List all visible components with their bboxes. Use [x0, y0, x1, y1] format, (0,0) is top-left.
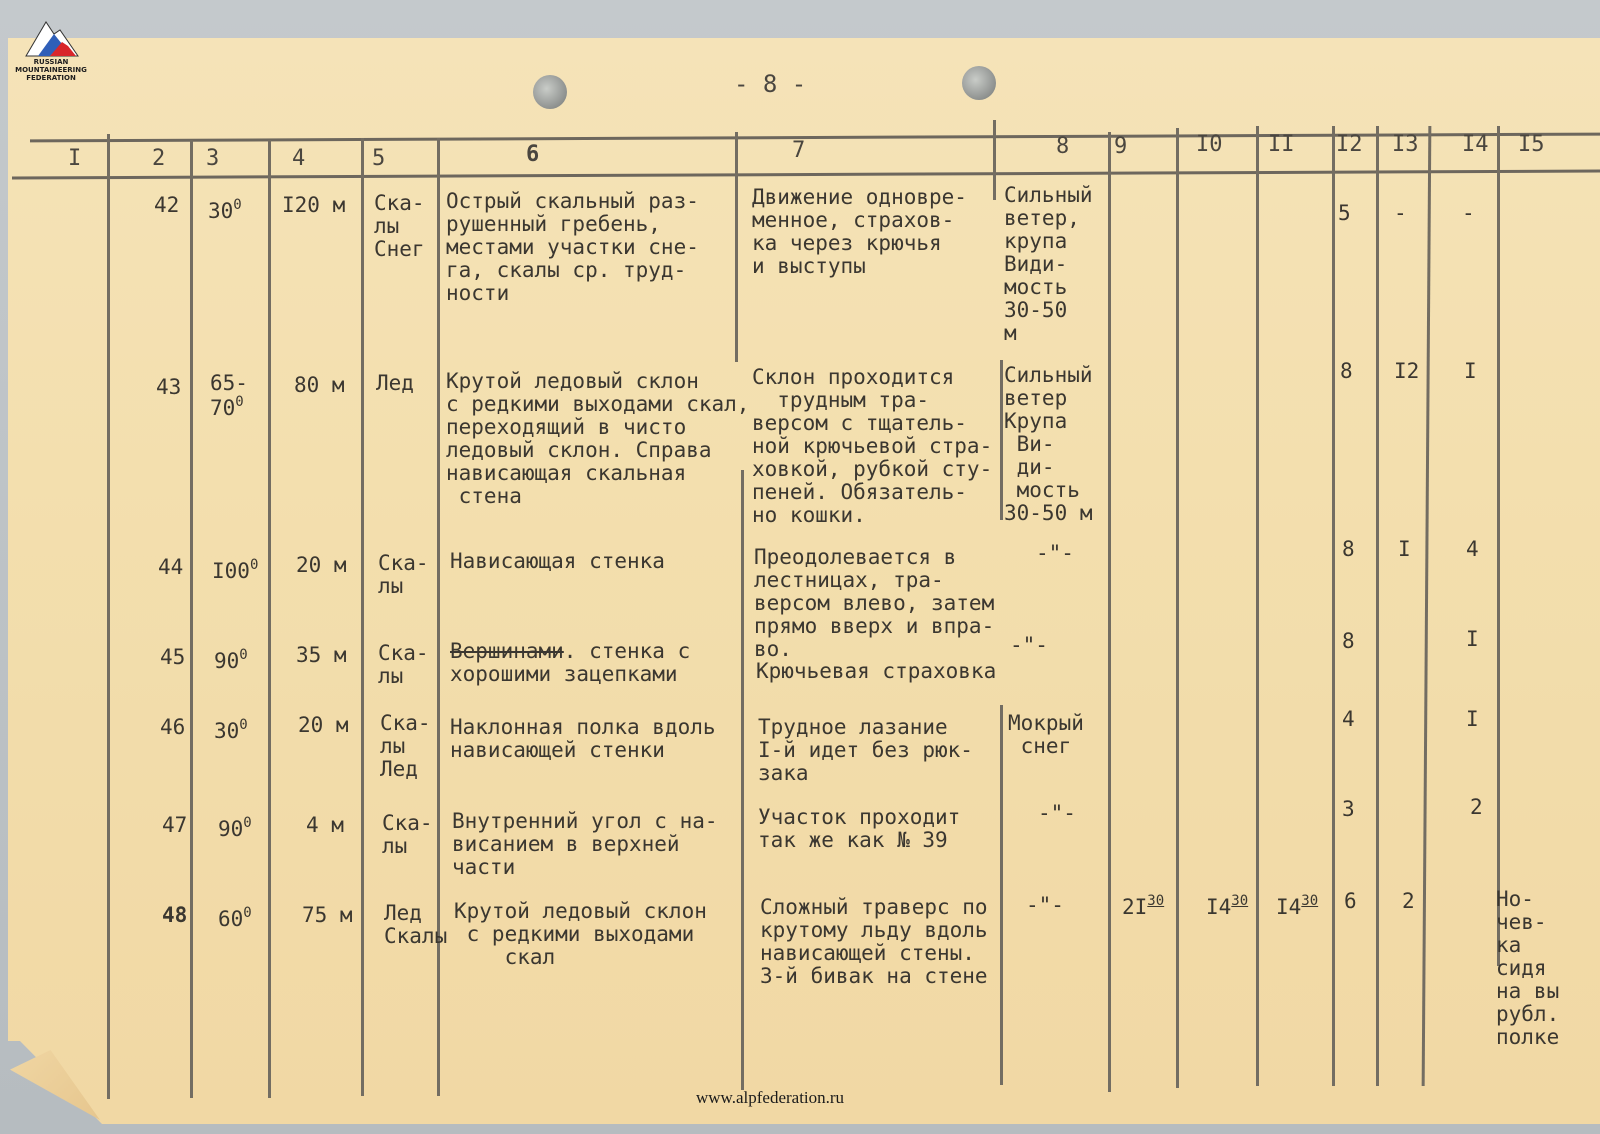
col-divider-10: [1256, 126, 1259, 1086]
section-length: I20 м: [282, 194, 345, 217]
section-description: Нависающая стенка: [450, 550, 665, 573]
terrain-type: Лед Скалы: [384, 902, 447, 948]
slope-angle: 600: [218, 902, 252, 931]
col14-value: 2: [1470, 796, 1483, 819]
col-divider-4: [361, 138, 364, 1096]
col-divider-11: [1332, 126, 1335, 1086]
section-length: 80 м: [294, 374, 345, 397]
climbing-method: Трудное лазание I-й идет без рюк- зака: [758, 716, 973, 785]
slope-angle: 300: [214, 714, 248, 743]
climbing-method: Преодолевается в лестницах, тра- версом …: [754, 546, 994, 661]
header-col-3: 3: [206, 146, 219, 171]
section-description: Крутой ледовый склон с редкими выходами …: [446, 370, 749, 508]
col12-value: 8: [1342, 630, 1355, 653]
header-col-14: I4: [1462, 132, 1489, 157]
row-number: 43: [156, 376, 181, 399]
header-col-15: I5: [1518, 132, 1545, 157]
row-number: 42: [154, 194, 179, 217]
section-description: Острый скальный раз- рушенный гребень, м…: [446, 190, 699, 305]
slope-angle: 900: [218, 812, 252, 841]
header-col-13: I3: [1392, 132, 1419, 157]
col12-value: 8: [1340, 360, 1353, 383]
climbing-method: Участок проходит так же как № 39: [758, 806, 960, 852]
header-col-10: I0: [1196, 132, 1223, 157]
col-divider-1: [107, 134, 110, 1099]
col13-value: 2: [1402, 890, 1415, 913]
row-number: 45: [160, 646, 185, 669]
row-number: 46: [160, 716, 185, 739]
col-divider-12: [1376, 126, 1379, 1086]
row-number: 47: [162, 814, 187, 837]
col-divider-6a: [735, 132, 738, 362]
terrain-type: Лед: [376, 372, 414, 395]
slope-angle: 65- 700: [210, 374, 248, 418]
footer-url: www.alpfederation.ru: [696, 1088, 844, 1108]
col14-value: -: [1462, 202, 1475, 225]
section-description: Крутой ледовый склон с редкими выходами …: [454, 900, 707, 969]
terrain-type: Ска- лы: [382, 812, 433, 858]
page-number: - 8 -: [734, 70, 806, 98]
col12-value: 3: [1342, 798, 1355, 821]
col12-value: 5: [1338, 202, 1351, 225]
terrain-type: Ска- лы: [378, 552, 429, 598]
col12-value: 6: [1344, 890, 1357, 913]
weather-conditions: -"-: [1036, 542, 1074, 565]
weather-conditions: Мокрый снег: [1008, 712, 1084, 758]
col11-time: I430: [1276, 890, 1318, 919]
col-divider-7a: [993, 120, 996, 200]
header-col-5: 5: [372, 146, 385, 171]
climbing-method: Склон проходится трудным тра- версом с т…: [752, 366, 992, 527]
header-col-11: II: [1268, 132, 1295, 157]
col-divider-5: [437, 138, 440, 1096]
section-length: 4 м: [306, 814, 344, 837]
section-length: 20 м: [298, 714, 349, 737]
weather-conditions: -"-: [1010, 634, 1048, 657]
col-divider-6b: [741, 470, 744, 1090]
weather-conditions: Сильный ветер, крупа Види- мость 30-50 м: [1004, 184, 1093, 345]
row-number: 44: [158, 556, 183, 579]
header-col-6: 6: [526, 142, 539, 167]
header-col-8: 8: [1056, 134, 1069, 159]
punch-hole-left: [533, 75, 567, 109]
col-divider-14: [1497, 126, 1500, 966]
section-length: 20 м: [296, 554, 347, 577]
slope-angle: 900: [214, 644, 248, 673]
col-divider-7c: [1000, 705, 1003, 1085]
section-length: 75 м: [302, 904, 353, 927]
climbing-method: Сложный траверс по крутому льду вдоль на…: [760, 896, 988, 988]
header-col-9: 9: [1114, 134, 1127, 159]
col9-time: 2I30: [1122, 890, 1164, 919]
col12-value: 4: [1342, 708, 1355, 731]
header-col-1: I: [68, 146, 81, 171]
logo-name: RUSSIAN MOUNTAINEERING FEDERATION: [4, 58, 98, 82]
section-description: Внутренний угол с на- висанием в верхней…: [452, 810, 718, 879]
struck-word: Вершинами: [450, 639, 564, 663]
col-divider-9: [1176, 128, 1179, 1088]
col13-value: I2: [1394, 360, 1419, 383]
terrain-type: Ска- лы Лед: [380, 712, 431, 781]
terrain-type: Ска- лы Снег: [374, 192, 425, 261]
section-description: Вершинами. стенка с хорошими зацепками: [450, 640, 690, 686]
weather-conditions: Сильный ветер Крупа Ви- ди- мость 30-50 …: [1004, 364, 1093, 525]
mountain-flag-icon: [24, 20, 80, 60]
federation-logo: RUSSIAN MOUNTAINEERING FEDERATION: [4, 4, 98, 84]
climbing-method: Движение одновре- менное, страхов- ка че…: [752, 186, 967, 278]
col-divider-3: [268, 140, 271, 1098]
col14-value: I: [1466, 708, 1479, 731]
section-description: Наклонная полка вдоль нависающей стенки: [450, 716, 716, 762]
section-length: 35 м: [296, 644, 347, 667]
col15-remarks: Но- чев- ка сидя на вы рубл. полке: [1496, 888, 1559, 1049]
col-divider-7b: [1000, 360, 1003, 520]
climbing-method: Крючьевая страховка: [756, 660, 996, 683]
row-number: 48: [162, 904, 187, 927]
col-divider-2: [190, 140, 193, 1098]
col14-value: I: [1466, 628, 1479, 651]
col10-time: I430: [1206, 890, 1248, 919]
header-col-4: 4: [292, 146, 305, 171]
header-col-12: I2: [1336, 132, 1363, 157]
slope-angle: 300: [208, 194, 242, 223]
weather-conditions: -"-: [1038, 802, 1076, 825]
col13-value: -: [1394, 202, 1407, 225]
col14-value: I: [1464, 360, 1477, 383]
slope-angle: I000: [212, 554, 258, 583]
col13-value: I: [1398, 538, 1411, 561]
col14-value: 4: [1466, 538, 1479, 561]
header-col-2: 2: [152, 146, 165, 171]
terrain-type: Ска- лы: [378, 642, 429, 688]
col12-value: 8: [1342, 538, 1355, 561]
header-col-7: 7: [792, 138, 805, 163]
punch-hole-right: [962, 66, 996, 100]
col-divider-8: [1108, 132, 1111, 1092]
weather-conditions: -"-: [1026, 894, 1064, 917]
